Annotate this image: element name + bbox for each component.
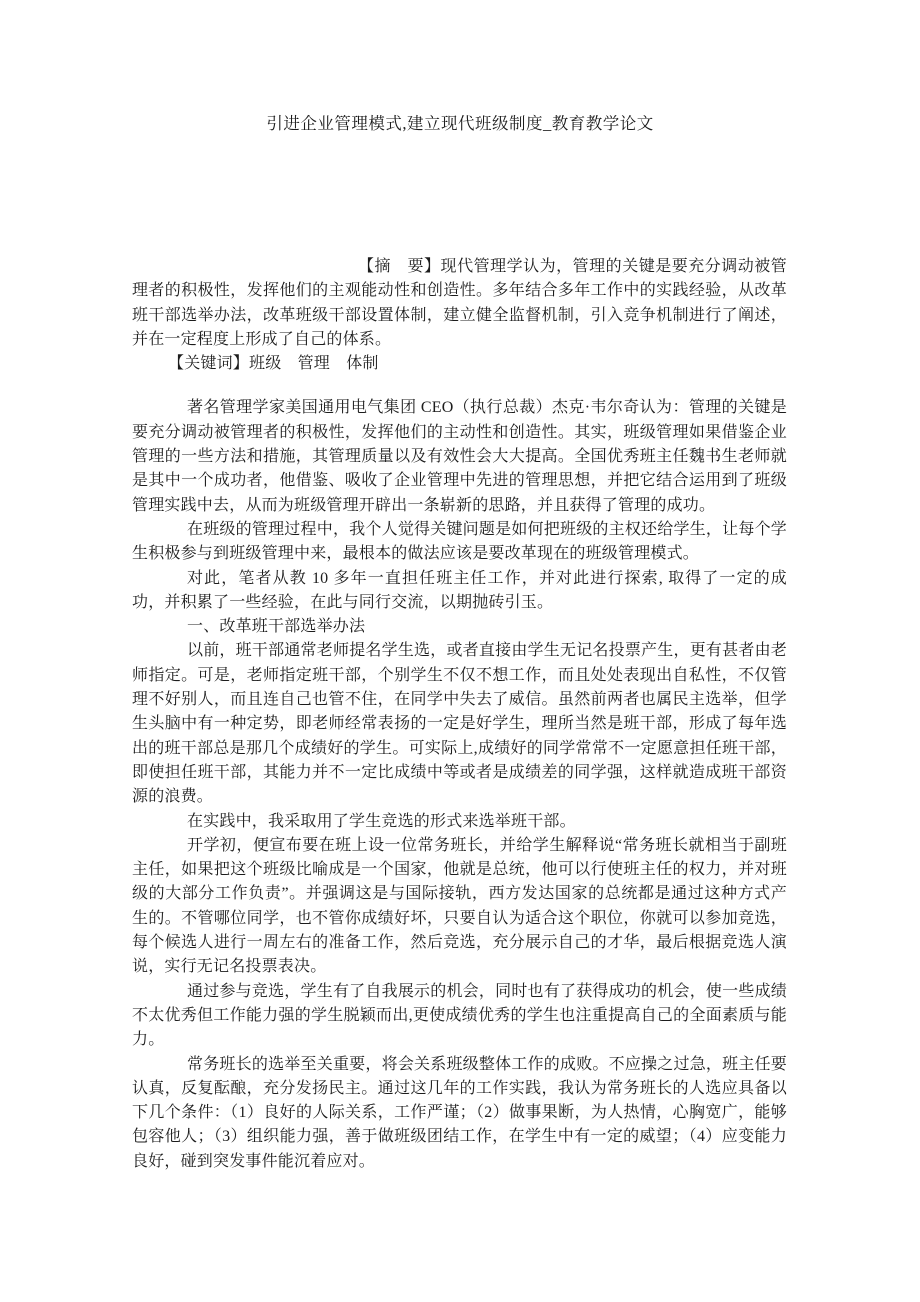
paragraph-competition-practice: 在实践中，我采取用了学生竞选的形式来选举班干部。: [132, 810, 787, 834]
paragraph-old-election-method: 以前，班干部通常老师提名学生选，或者直接由学生无记名投票产生，更有甚者由老师指定…: [132, 639, 787, 809]
paragraph-standing-monitor: 开学初，便宣布要在班上设一位常务班长，并给学生解释说“常务班长就相当于副班主任，…: [132, 834, 787, 980]
document-title: 引进企业管理模式,建立现代班级制度_教育教学论文: [0, 0, 920, 136]
section-heading-1: 一、改革班干部选举办法: [132, 615, 787, 639]
document-page: 引进企业管理模式,建立现代班级制度_教育教学论文 【摘 要】现代管理学认为，管理…: [0, 0, 920, 1302]
paragraph-author-experience: 对此，笔者从教 10 多年一直担任班主任工作，并对此进行探索, 取得了一定的成功…: [132, 567, 787, 616]
paragraph-intro: 著名管理学家美国通用电气集团 CEO（执行总裁）杰克·韦尔奇认为：管理的关键是要…: [132, 396, 787, 517]
document-body: 【摘 要】现代管理学认为，管理的关键是要充分调动被管理者的积极性，发挥他们的主观…: [132, 255, 787, 1174]
paragraph-monitor-criteria: 常务班长的选举至关重要，将会关系班级整体工作的成败。不应操之过急，班主任要认真，…: [132, 1053, 787, 1174]
keywords-line: 【关键词】班级 管理 体制: [132, 352, 787, 376]
abstract-paragraph: 【摘 要】现代管理学认为，管理的关键是要充分调动被管理者的积极性，发挥他们的主观…: [132, 255, 787, 352]
paragraph-competition-benefits: 通过参与竞选，学生有了自我展示的机会，同时也有了获得成功的机会，使一些成绩不太优…: [132, 980, 787, 1053]
paragraph-key-issue: 在班级的管理过程中，我个人觉得关键问题是如何把班级的主权还给学生，让每个学生积极…: [132, 518, 787, 567]
